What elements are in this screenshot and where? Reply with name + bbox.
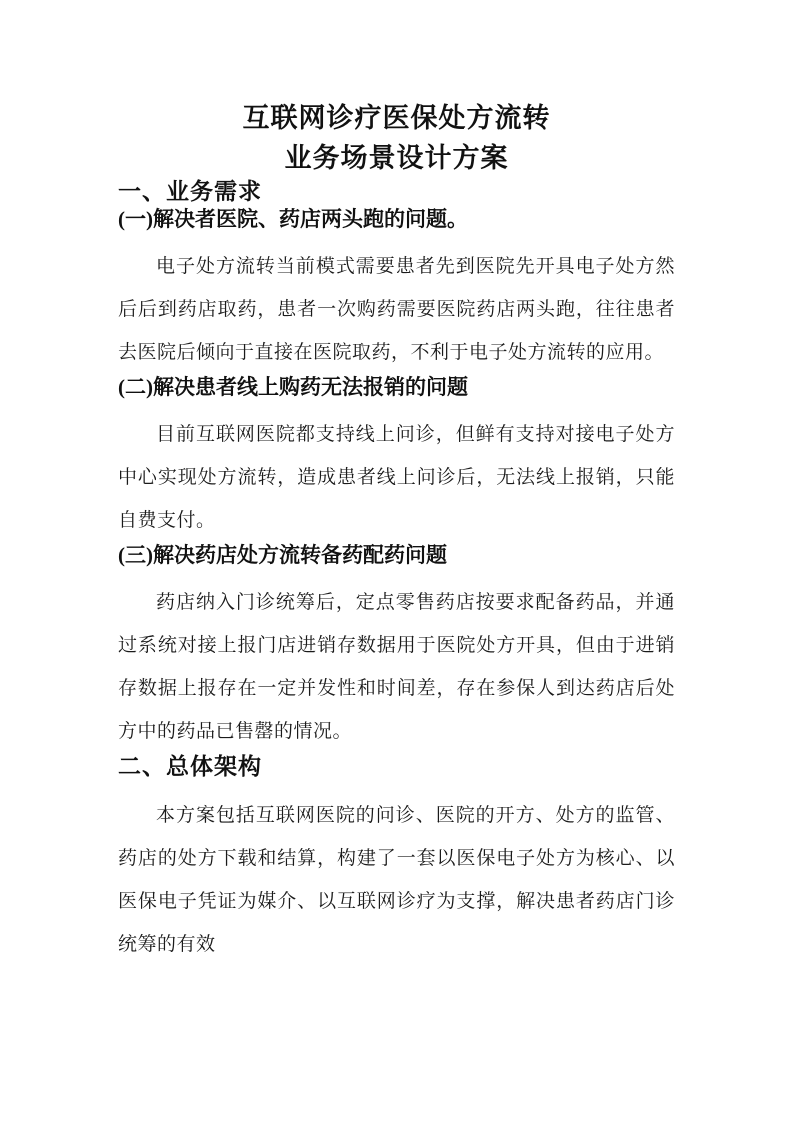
section-heading-business-requirements: 一、业务需求	[118, 178, 675, 206]
section-2-paragraph-1: 本方案包括互联网医院的问诊、医院的开方、处方的监管、药店的处方下载和结算，构建了…	[118, 794, 675, 966]
subsection-paragraph-3: 药店纳入门诊统筹后，定点零售药店按要求配备药品，并通过系统对接上报门店进销存数据…	[118, 581, 675, 753]
document-title-line-1: 互联网诊疗医保处方流转	[118, 98, 675, 138]
subsection-heading-3: (三)解决药店处方流转备药配药问题	[118, 542, 675, 568]
subsection-heading-1: (一)解决者医院、药店两头跑的问题。	[118, 206, 675, 232]
document-page: 互联网诊疗医保处方流转 业务场景设计方案 一、业务需求 (一)解决者医院、药店两…	[0, 0, 793, 1122]
document-title-line-2: 业务场景设计方案	[118, 138, 675, 178]
document-title: 互联网诊疗医保处方流转 业务场景设计方案	[118, 98, 675, 178]
subsection-paragraph-2: 目前互联网医院都支持线上问诊，但鲜有支持对接电子处方中心实现处方流转，造成患者线…	[118, 413, 675, 542]
section-heading-overall-architecture: 二、总体架构	[118, 753, 675, 781]
subsection-heading-2: (二)解决患者线上购药无法报销的问题	[118, 374, 675, 400]
subsection-paragraph-1: 电子处方流转当前模式需要患者先到医院先开具电子处方然后后到药店取药，患者一次购药…	[118, 245, 675, 374]
